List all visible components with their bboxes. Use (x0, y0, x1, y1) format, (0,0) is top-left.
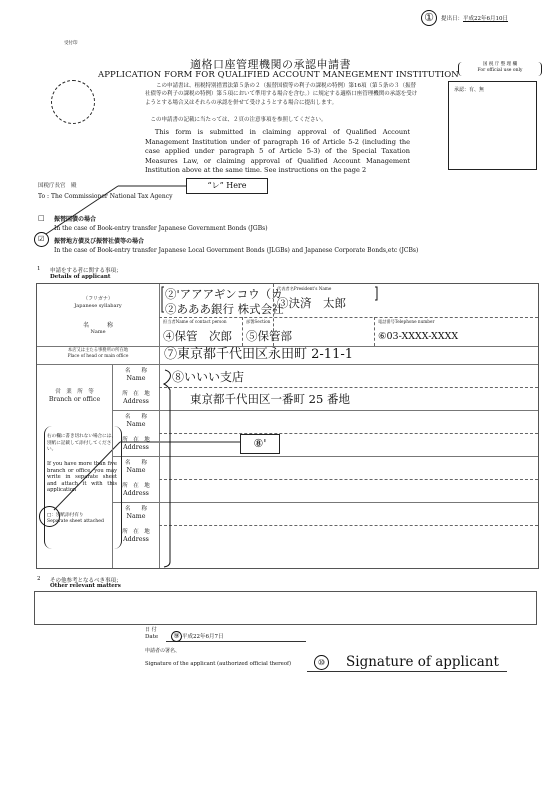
branch-1-address[interactable]: 東京都千代田区一番町 25 番地 (190, 392, 350, 406)
addressee-jp: 国税庁長官 殿 (38, 181, 77, 189)
official-approval: 承認：有、無 (454, 86, 484, 93)
section1-number: 1 (37, 266, 41, 272)
name-label-jp: 名 称 (37, 322, 159, 329)
date-label-en: Date (145, 634, 158, 640)
case-jlgb-checkbox[interactable]: ☑ (38, 235, 44, 243)
syllabary-value[interactable]: ②'アアアギンコウ（カ (165, 287, 283, 301)
contact-value[interactable]: ④保管 次郎 (163, 329, 232, 343)
president-value[interactable]: ③決済 太郎 (277, 296, 346, 310)
branch-1-name[interactable]: ⑧いいい支店 (172, 370, 244, 384)
filing-date: 提出日：平成22年6月10日 (441, 14, 508, 22)
case-jlgb-label-en: In the case of Book-entry transfer Japan… (54, 247, 418, 254)
branch-label-jp: 営 業 所 等 (37, 389, 112, 396)
signature-field[interactable]: Signature of applicant (346, 654, 499, 670)
branch-name-label-jp: 名 称 (111, 367, 161, 375)
head-office-value[interactable]: ⑦東京都千代田区永田町 2-11-1 (164, 348, 353, 362)
branch-note-en: If you have more than five branch or off… (47, 461, 117, 494)
signature-label-en: Signature of the applicant (authorized o… (145, 661, 291, 667)
head-office-label-en: Place of head or main office (37, 354, 159, 360)
date-value: 平成22年6月7日 (182, 634, 224, 640)
branch-note-jp: 右の欄に書き切れない場合には、別紙に記載して添付してください。 (47, 434, 117, 454)
branch-label-en: Branch or office (37, 396, 112, 403)
marker-1: ① (421, 10, 437, 26)
marker-8-prime-callout: ⑧' (240, 434, 280, 454)
contact-label: 担当者Name of contact person (163, 319, 227, 325)
section1-title-jp: 申請をする者に関する事項； (50, 266, 122, 274)
marker-10: ⑩ (314, 655, 329, 670)
case-jlgb-label-jp: 振替地方債及び振替社債等の場合 (54, 236, 144, 245)
check-here-callout: “レ” Here (186, 178, 268, 194)
separate-sheet-circle (39, 506, 60, 527)
section-label: 部署Section (246, 319, 270, 325)
president-label: 代表者名President's Name (277, 286, 331, 292)
syllabary-label-jp: （フリガナ） (37, 296, 159, 303)
reception-stamp-label: 受付印 (64, 40, 78, 46)
official-use-box: 承認：有、無 (448, 81, 537, 170)
intro-text-jp: この申請書は、租税特別措置法第５条の２（振替国債等の利子の課税の特例）第16項（… (145, 82, 420, 107)
reception-stamp-circle (51, 80, 95, 124)
section2-number: 2 (37, 576, 41, 582)
official-use-en: For official use only (459, 68, 541, 74)
filing-date-label: 提出日： (441, 16, 463, 22)
date-label-jp: 日 付 (145, 626, 157, 633)
filing-date-value[interactable]: 平成22年6月10日 (463, 16, 508, 22)
branch-name-label-jp: 名 称 (111, 413, 161, 421)
official-use-header: 国 税 庁 整 理 欄 For official use only (458, 62, 542, 76)
section1-title-en: Details of applicant (50, 274, 110, 280)
section2-title-en: Other relevant matters (50, 583, 121, 589)
branch-name-label-en: Name (111, 375, 161, 383)
applicant-name-value[interactable]: ②あああ銀行 株式会社 (165, 302, 284, 316)
case-jgb-label-jp: 振替国債の場合 (54, 214, 96, 223)
signature-underline (307, 671, 507, 672)
syllabary-label-en: Japanese syllabary (37, 303, 159, 310)
branch-address-label-jp: 所 在 地 (111, 390, 161, 398)
case-jgb-label-en: In the case of Book-entry transfer Japan… (54, 225, 268, 232)
marker-9: ⑨ (171, 631, 182, 642)
name-label-en: Name (37, 329, 159, 336)
section-value[interactable]: ⑤保管部 (246, 329, 292, 343)
intro-note-jp: この申請書の記載に当たっては、２頁の注意事項を参照してください。 (145, 116, 420, 124)
phone-value[interactable]: ⑥03-XXXX-XXXX (378, 330, 458, 343)
phone-label: 電話番号Telephone number (378, 319, 434, 325)
intro-text-en: This form is submitted in claiming appro… (145, 128, 410, 176)
branch-address-label-en: Address (111, 398, 161, 406)
other-matters-field[interactable] (34, 591, 537, 625)
date-field[interactable]: ⑨平成22年6月7日 (171, 631, 224, 642)
case-jgb-checkbox[interactable]: □ (38, 214, 45, 222)
addressee-en: To : The Commissioner National Tax Agenc… (38, 193, 172, 200)
signature-label-jp: 申請者の署名、 (145, 647, 180, 654)
form-title-en: APPLICATION FORM FOR QUALIFIED ACCOUNT M… (98, 70, 459, 80)
